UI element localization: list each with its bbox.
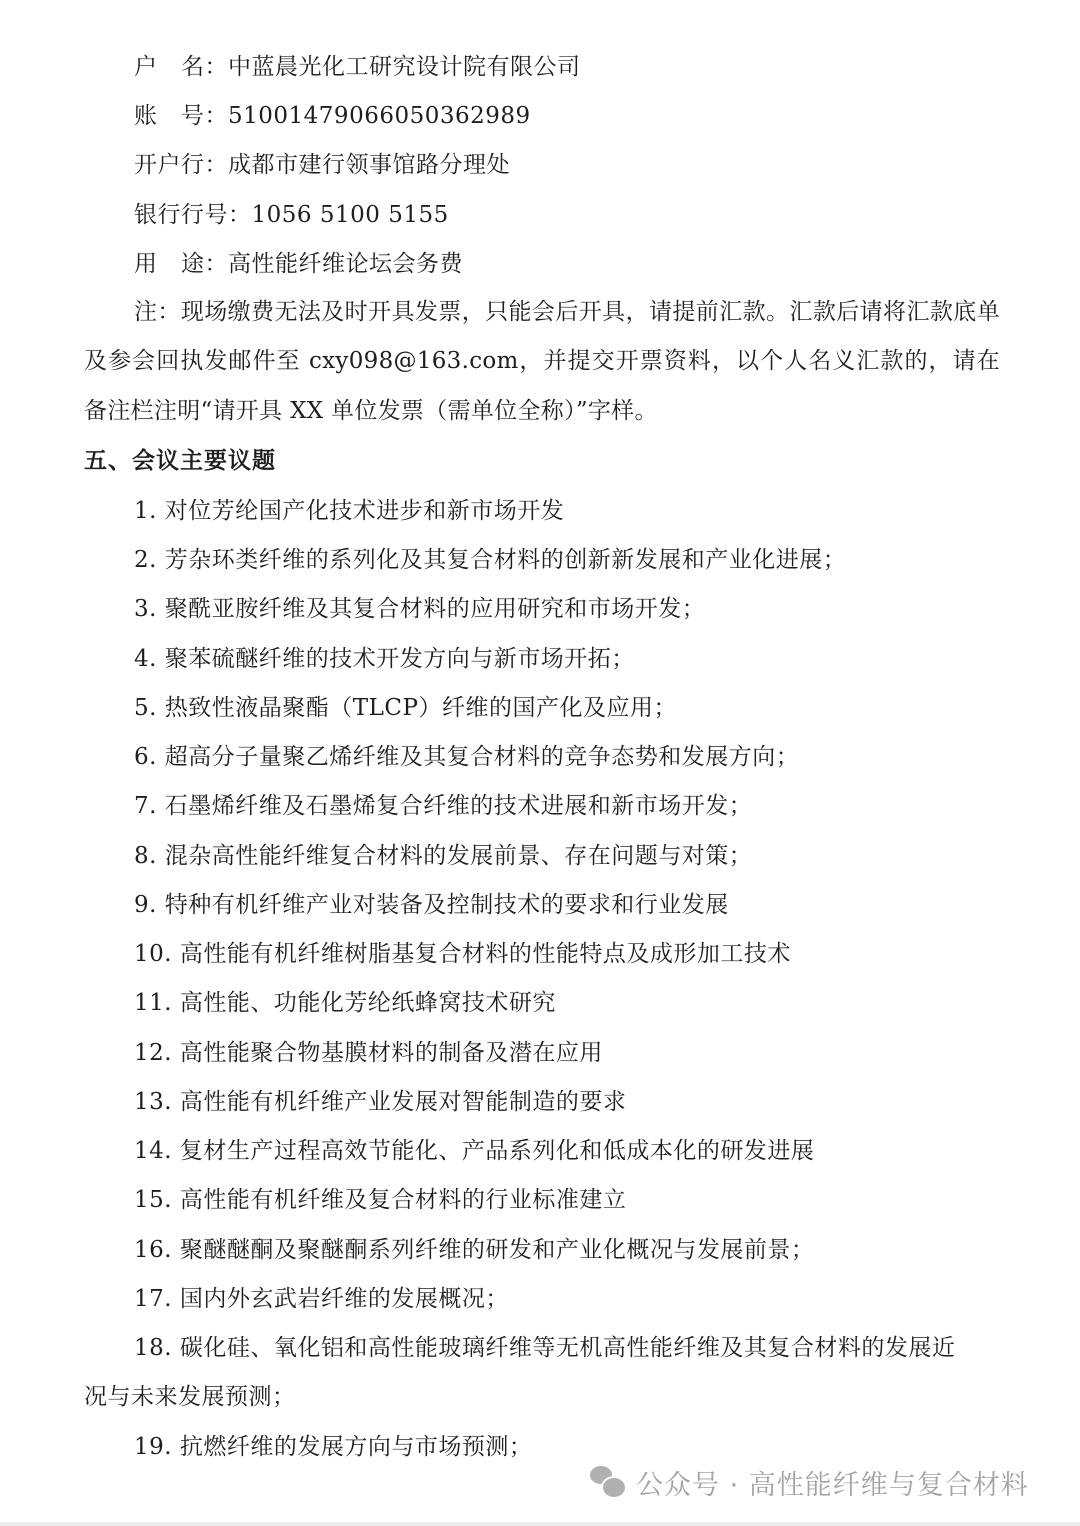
topic-item: 9. 特种有机纤维产业对装备及控制技术的要求和行业发展 xyxy=(134,890,729,920)
info-value: 中蓝晨光化工研究设计院有限公司 xyxy=(228,54,581,80)
topic-item: 8. 混杂高性能纤维复合材料的发展前景、存在问题与对策； xyxy=(134,841,752,871)
payment-account-name: 户 名：中蓝晨光化工研究设计院有限公司 xyxy=(134,52,581,82)
topic-item: 6. 超高分子量聚乙烯纤维及其复合材料的竞争态势和发展方向； xyxy=(134,742,799,772)
topic-item: 10. 高性能有机纤维树脂基复合材料的性能特点及成形加工技术 xyxy=(134,939,791,969)
topic-item: 5. 热致性液晶聚酯（TLCP）纤维的国产化及应用； xyxy=(134,693,677,723)
topic-item: 4. 聚苯硫醚纤维的技术开发方向与新市场开拓； xyxy=(134,644,635,674)
info-label: 银行行号： xyxy=(134,200,252,230)
payment-purpose: 用 途：高性能纤维论坛会务费 xyxy=(134,249,463,279)
topic-item: 7. 石墨烯纤维及石墨烯复合纤维的技术进展和新市场开发； xyxy=(134,791,752,821)
info-value: 成都市建行领事馆路分理处 xyxy=(228,152,510,178)
wechat-watermark: 公众号 · 高性能纤维与复合材料 xyxy=(590,1462,1029,1502)
topic-item: 17. 国内外玄武岩纤维的发展概况； xyxy=(134,1284,509,1314)
info-value: 1056 5100 5155 xyxy=(252,202,449,228)
section-title: 五、会议主要议题 xyxy=(84,446,276,476)
payment-bank-code: 银行行号：1056 5100 5155 xyxy=(134,200,449,230)
topic-item: 19. 抗燃纤维的发展方向与市场预测； xyxy=(134,1432,532,1462)
topic-item: 14. 复材生产过程高效节能化、产品系列化和低成本化的研发进展 xyxy=(134,1136,814,1166)
wechat-icon xyxy=(590,1466,624,1498)
info-value: 高性能纤维论坛会务费 xyxy=(228,251,463,277)
info-label: 用 途： xyxy=(134,249,228,279)
topic-item: 16. 聚醚醚酮及聚醚酮系列纤维的研发和产业化概况与发展前景； xyxy=(134,1235,814,1265)
topic-item: 3. 聚酰亚胺纤维及其复合材料的应用研究和市场开发； xyxy=(134,594,705,624)
topic-item: 15. 高性能有机纤维及复合材料的行业标准建立 xyxy=(134,1185,626,1215)
watermark-text: 公众号 · 高性能纤维与复合材料 xyxy=(636,1463,1029,1502)
topic-item-continuation: 况与未来发展预测； xyxy=(84,1382,296,1412)
document-page: 户 名：中蓝晨光化工研究设计院有限公司 账 号：5100147906605036… xyxy=(0,0,1080,1526)
topic-item: 13. 高性能有机纤维产业发展对智能制造的要求 xyxy=(134,1087,626,1117)
info-label: 账 号： xyxy=(134,101,228,131)
info-value: 51001479066050362989 xyxy=(228,103,531,129)
topic-item: 12. 高性能聚合物基膜材料的制备及潜在应用 xyxy=(134,1038,603,1068)
payment-note: 注：现场缴费无法及时开具发票，只能会后开具，请提前汇款。汇款后请将汇款底单及参会… xyxy=(84,288,1000,436)
topic-item: 1. 对位芳纶国产化技术进步和新市场开发 xyxy=(134,496,564,526)
topic-item: 18. 碳化硅、氧化铝和高性能玻璃纤维等无机高性能纤维及其复合材料的发展近 xyxy=(134,1333,955,1363)
info-label: 开户行： xyxy=(134,150,228,180)
info-label: 户 名： xyxy=(134,52,228,82)
payment-account-number: 账 号：51001479066050362989 xyxy=(134,101,531,131)
topic-item: 11. 高性能、功能化芳纶纸蜂窝技术研究 xyxy=(134,988,556,1018)
bottom-divider xyxy=(0,1522,1080,1526)
topic-item: 2. 芳杂环类纤维的系列化及其复合材料的创新新发展和产业化进展； xyxy=(134,545,846,575)
payment-bank: 开户行：成都市建行领事馆路分理处 xyxy=(134,150,510,180)
